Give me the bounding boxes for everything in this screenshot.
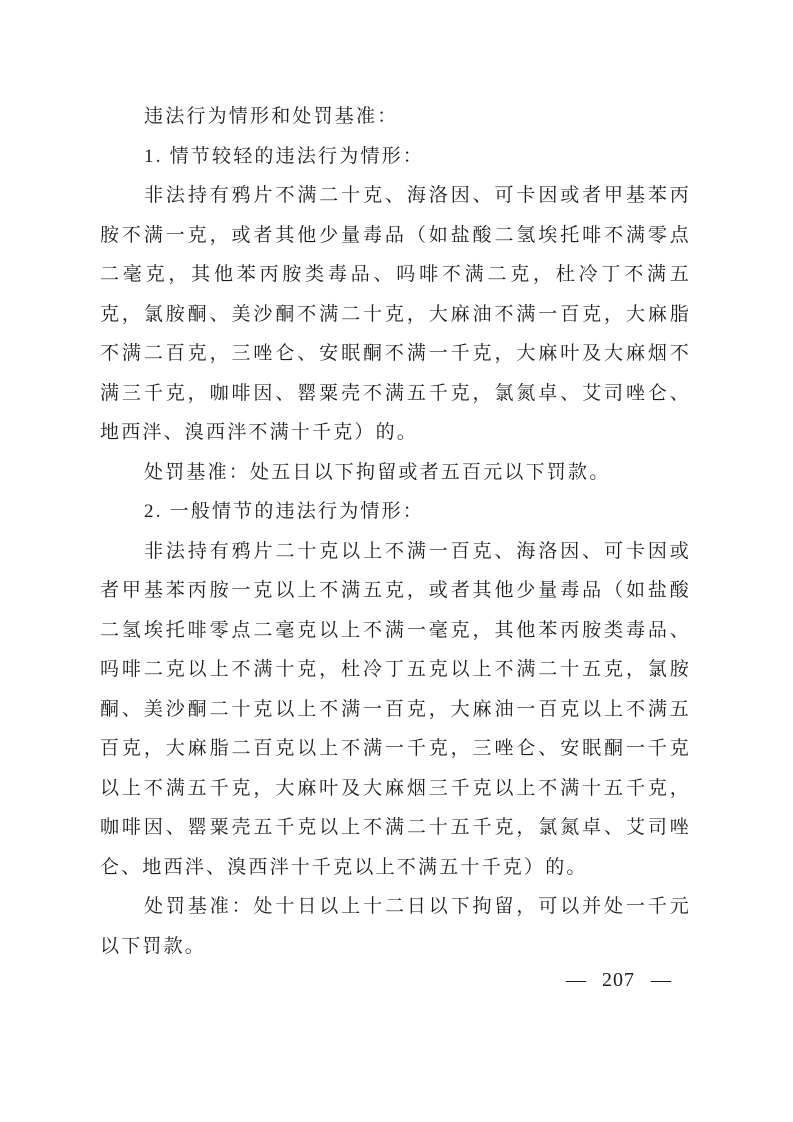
page-number: — 207 —	[566, 969, 671, 992]
page-number-value: 207	[602, 969, 635, 992]
paragraph: 处罚基准：处十日以上十二日以下拘留，可以并处一千元以下罚款。	[100, 887, 691, 966]
paragraph: 非法持有鸦片二十克以上不满一百克、海洛因、可卡因或者甲基苯丙胺一克以上不满五克，…	[100, 532, 691, 888]
page-number-dash-left: —	[566, 969, 586, 992]
paragraph: 1. 情节较轻的违法行为情形：	[100, 137, 691, 177]
page-number-dash-right: —	[651, 969, 671, 992]
document-body: 违法行为情形和处罚基准：1. 情节较轻的违法行为情形：非法持有鸦片不满二十克、海…	[100, 97, 691, 966]
paragraph: 非法持有鸦片不满二十克、海洛因、可卡因或者甲基苯丙胺不满一克，或者其他少量毒品（…	[100, 176, 691, 453]
paragraph: 违法行为情形和处罚基准：	[100, 97, 691, 137]
page-footer: — 207 —	[0, 969, 793, 992]
document-page: 违法行为情形和处罚基准：1. 情节较轻的违法行为情形：非法持有鸦片不满二十克、海…	[0, 0, 793, 1122]
paragraph: 2. 一般情节的违法行为情形：	[100, 492, 691, 532]
paragraph: 处罚基准：处五日以下拘留或者五百元以下罚款。	[100, 453, 691, 493]
